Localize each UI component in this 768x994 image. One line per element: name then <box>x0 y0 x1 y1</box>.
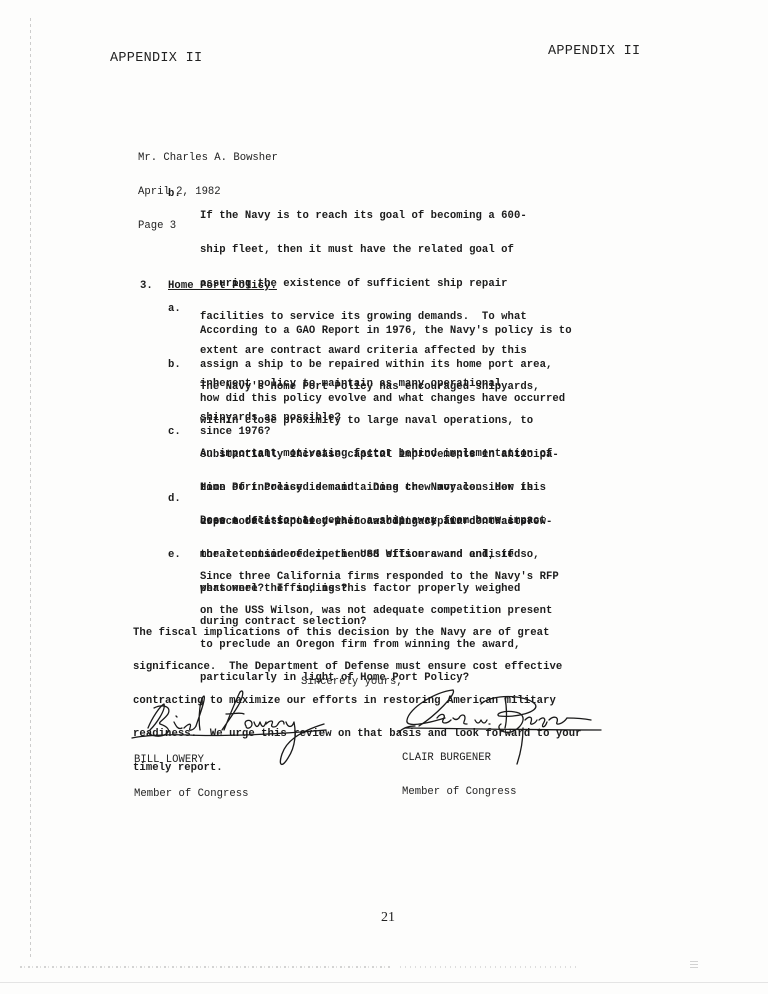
text-line: significance. The Department of Defense … <box>133 662 582 673</box>
scan-artifact-bottom <box>400 966 580 968</box>
item-label: b. <box>168 189 181 200</box>
text-line: Does a decision to repair a ship away fr… <box>200 516 546 527</box>
item-label: d. <box>168 494 181 505</box>
text-line: ship fleet, then it must have the relate… <box>200 245 527 256</box>
signatory-title: Member of Congress <box>134 789 248 800</box>
page-bottom-edge <box>0 982 768 983</box>
text-line: If the Navy is to reach its goal of beco… <box>200 211 527 222</box>
page-number: 21 <box>381 910 395 926</box>
appendix-header-left: APPENDIX II <box>110 51 202 66</box>
text-line: An important motivating factor behind im… <box>200 449 552 460</box>
signatory-name: CLAIR BURGENER <box>402 753 516 764</box>
section-number: 3. <box>140 281 153 292</box>
section-title: Home Port Policy. <box>168 281 277 292</box>
item-label: b. <box>168 360 181 371</box>
signatory-name: BILL LOWERY <box>134 755 248 766</box>
signatory-bill-lowery: BILL LOWERY Member of Congress <box>134 733 248 811</box>
appendix-header-right: APPENDIX II <box>548 44 640 59</box>
text-line: According to a GAO Report in 1976, the N… <box>200 326 572 337</box>
item-label: c. <box>168 427 181 438</box>
scan-artifact-bottom <box>20 966 390 968</box>
text-line: Home Port Policy is maintaining crew mor… <box>200 483 552 494</box>
item-label: a. <box>168 304 181 315</box>
scan-artifact-left-edge <box>30 18 31 958</box>
text-line: The Navy's Home Port Policy has encourag… <box>200 382 559 393</box>
text-line: Since three California firms responded t… <box>200 572 559 583</box>
addressee-name: Mr. Charles A. Bowsher <box>138 153 278 164</box>
signatory-clair-burgener: CLAIR BURGENER Member of Congress <box>402 731 516 809</box>
item-label: e. <box>168 550 181 561</box>
text-line: within close proximity to large naval op… <box>200 416 559 427</box>
scan-artifact-mark <box>690 961 698 970</box>
signatory-title: Member of Congress <box>402 787 516 798</box>
text-line: The fiscal implications of this decision… <box>133 628 582 639</box>
